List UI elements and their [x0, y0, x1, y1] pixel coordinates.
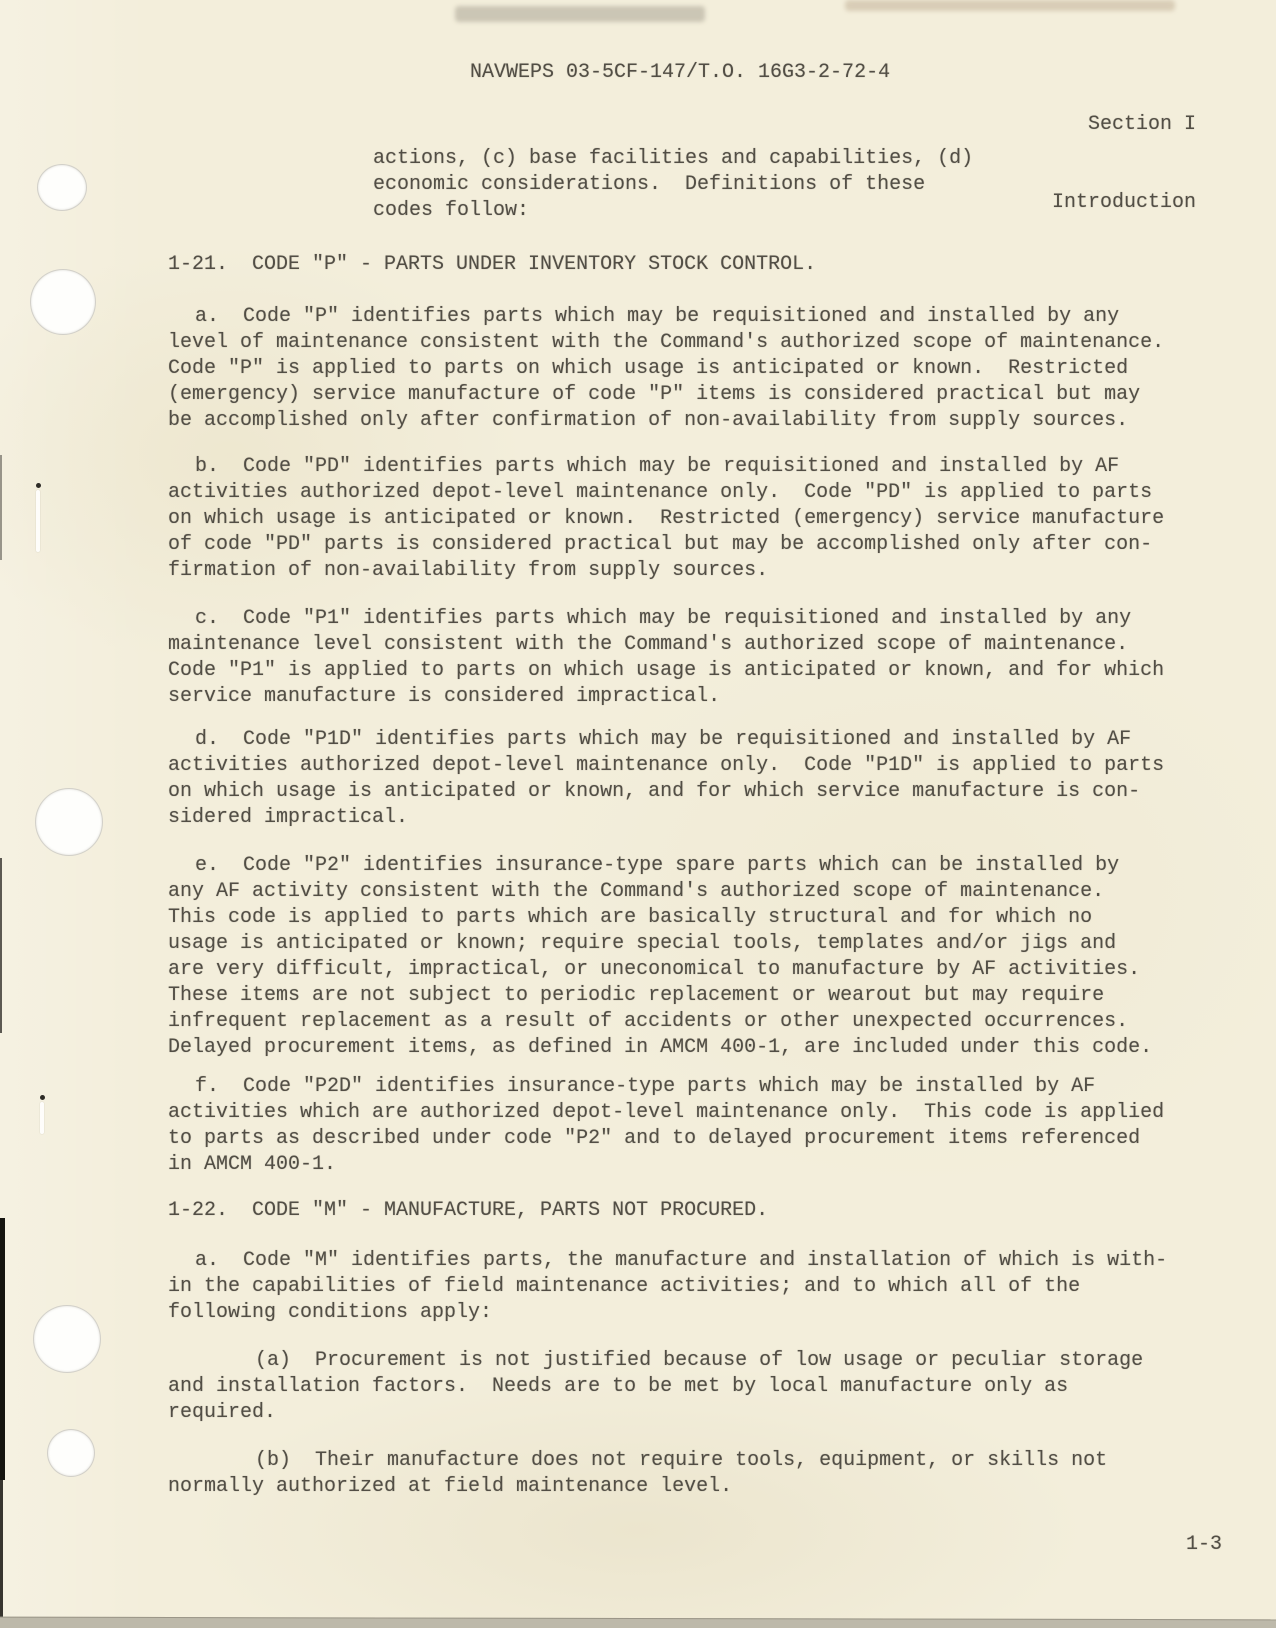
paragraph-1-21-d: d. Code "P1D" identifies parts which may… [168, 727, 1164, 831]
header-section-label: Section I [1052, 112, 1196, 138]
page-number: 1-3 [1186, 1532, 1222, 1558]
paragraph-1-21-e: e. Code "P2" identifies insurance-type s… [168, 853, 1152, 1061]
header-section-block: Section I Introduction [1052, 60, 1196, 268]
bleed-through-smudge [455, 6, 705, 22]
hole-punch [47, 1429, 95, 1477]
paragraph-1-22-a: a. Code "M" identifies parts, the manufa… [168, 1248, 1167, 1326]
scan-edge [0, 455, 2, 560]
hole-punch [30, 269, 96, 335]
scan-edge [0, 1218, 5, 1480]
heading-1-21: 1-21. CODE "P" - PARTS UNDER INVENTORY S… [168, 252, 816, 278]
heading-1-22: 1-22. CODE "M" - MANUFACTURE, PARTS NOT … [168, 1198, 768, 1224]
header-doc-number: NAVWEPS 03-5CF-147/T.O. 16G3-2-72-4 [470, 60, 890, 86]
paragraph-1-21-f: f. Code "P2D" identifies insurance-type … [168, 1074, 1164, 1178]
scanner-bed-strip [0, 1617, 1276, 1628]
hole-punch [33, 1305, 101, 1373]
paragraph-intro-continuation: actions, (c) base facilities and capabil… [373, 146, 973, 224]
scan-edge [0, 858, 2, 1033]
staple-mark-dot [40, 1095, 45, 1100]
staple-scratch-mark [40, 1102, 44, 1134]
staple-mark-dot [36, 483, 41, 488]
scanned-manual-page: NAVWEPS 03-5CF-147/T.O. 16G3-2-72-4 Sect… [0, 0, 1276, 1628]
bleed-through-smudge [845, 0, 1175, 11]
header-section-subtitle: Introduction [1052, 190, 1196, 216]
paragraph-1-22-sub-b: (b) Their manufacture does not require t… [168, 1448, 1107, 1500]
paragraph-1-21-a: a. Code "P" identifies parts which may b… [168, 304, 1164, 434]
paragraph-1-21-c: c. Code "P1" identifies parts which may … [168, 606, 1164, 710]
scan-edge [0, 1478, 3, 1628]
paragraph-1-22-sub-a: (a) Procurement is not justified because… [168, 1348, 1143, 1426]
staple-scratch-mark [36, 490, 40, 552]
hole-punch [35, 788, 103, 856]
paragraph-1-21-b: b. Code "PD" identifies parts which may … [168, 454, 1164, 584]
hole-punch [37, 164, 87, 211]
